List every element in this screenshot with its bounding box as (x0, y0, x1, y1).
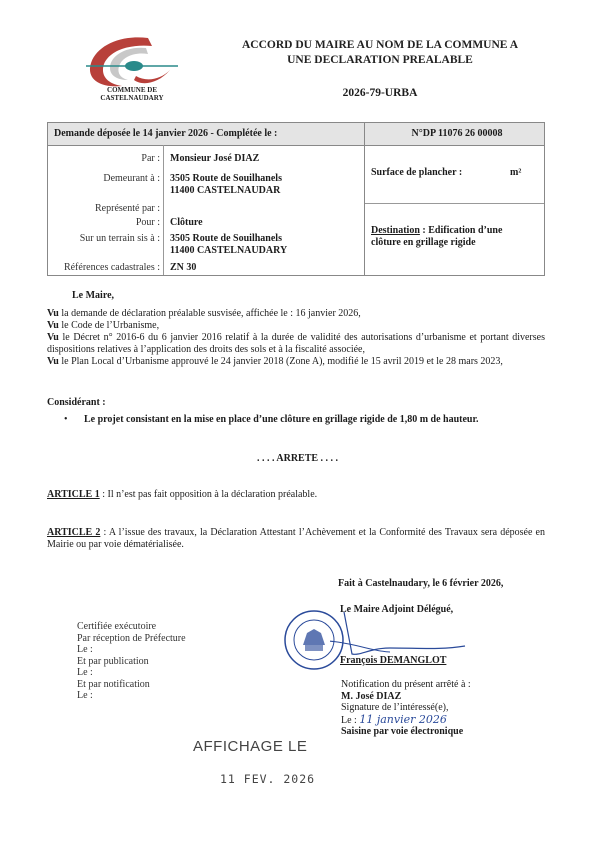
reference-number: 2026-79-URBA (200, 87, 560, 99)
vu-list: Vu la demande de déclaration préalable s… (47, 308, 545, 368)
value-address-line2: 11400 CASTELNAUDAR (170, 185, 280, 197)
arrete-heading: . . . . ARRETE . . . . (0, 453, 595, 465)
vu-item: Vu le Plan Local d’Urbanisme approuvé le… (47, 356, 545, 368)
divider (364, 123, 365, 275)
label-par: Par : (141, 153, 160, 164)
notification-line: Notification du présent arrêté à : (341, 679, 471, 691)
divider (163, 145, 164, 275)
cert-line: Le : (77, 690, 186, 702)
label-represente: Représenté par : (95, 203, 160, 214)
cert-line: Et par notification (77, 679, 186, 691)
title-line-2: UNE DECLARATION PREALABLE (200, 53, 560, 68)
handwritten-date: 11 janvier 2026 (359, 713, 447, 726)
value-terrain-line1: 3505 Route de Souilhanels (170, 233, 282, 245)
certification-block: Certifiée exécutoire Par réception de Pr… (77, 621, 186, 702)
article-1-label: ARTICLE 1 (47, 489, 100, 500)
vu-item: Vu le Code de l’Urbanisme, (47, 320, 545, 332)
destination-text-1: : Edification d’une (420, 225, 503, 236)
submission-date: Demande déposée le 14 janvier 2026 - Com… (54, 128, 277, 139)
surface-unit: m² (510, 167, 521, 179)
considerant-item: Le projet consistant en la mise en place… (84, 414, 479, 426)
label-pour: Pour : (136, 217, 160, 228)
table-header: Demande déposée le 14 janvier 2026 - Com… (48, 123, 544, 146)
value-address-line1: 3505 Route de Souilhanels (170, 173, 282, 185)
article-1: ARTICLE 1 : Il n’est pas fait opposition… (47, 489, 545, 501)
article-2-text: : A l’issue des travaux, la Déclaration … (47, 527, 545, 550)
fait-a: Fait à Castelnaudary, le 6 février 2026, (338, 578, 503, 590)
surface-label: Surface de plancher : (371, 167, 462, 179)
destination-text-2: clôture en grillage rigide (371, 237, 476, 248)
logo-line-1: COMMUNE DE (72, 86, 192, 94)
label-demeurant: Demeurant à : (103, 173, 160, 184)
considerant-label: Considérant : (47, 397, 106, 409)
signatory-name: François DEMANGLOT (340, 655, 446, 667)
divider (365, 203, 544, 204)
cert-line: Le : (77, 644, 186, 656)
value-applicant: Monsieur José DIAZ (170, 153, 259, 165)
value-purpose: Clôture (170, 217, 203, 229)
article-1-text: : Il n’est pas fait opposition à la décl… (100, 489, 317, 500)
cert-line: Le : (77, 667, 186, 679)
notification-date-line: Le : 11 janvier 2026 (341, 714, 471, 727)
article-2: ARTICLE 2 : A l’issue des travaux, la Dé… (47, 527, 545, 551)
logo-caption: COMMUNE DE CASTELNAUDARY (72, 86, 192, 102)
destination-label: Destination (371, 225, 420, 236)
notification-line: Saisine par voie électronique (341, 726, 471, 738)
request-table: Demande déposée le 14 janvier 2026 - Com… (47, 122, 545, 276)
title-line-1: ACCORD DU MAIRE AU NOM DE LA COMMUNE A (200, 38, 560, 53)
label-cadastre: Références cadastrales : (64, 262, 160, 273)
notification-recipient: M. José DIAZ (341, 691, 471, 703)
display-stamp-title: AFFICHAGE LE (193, 738, 307, 755)
vu-item: Vu le Décret n° 2016-6 du 6 janvier 2016… (47, 332, 545, 356)
value-cadastre: ZN 30 (170, 262, 196, 274)
document-title: ACCORD DU MAIRE AU NOM DE LA COMMUNE A U… (200, 38, 560, 68)
cert-line: Et par publication (77, 656, 186, 668)
article-2-label: ARTICLE 2 (47, 527, 100, 538)
vu-item: Vu la demande de déclaration préalable s… (47, 308, 545, 320)
notification-block: Notification du présent arrêté à : M. Jo… (341, 679, 471, 738)
display-stamp-date: 11 FEV. 2026 (220, 772, 315, 786)
cert-line: Par réception de Préfecture (77, 633, 186, 645)
destination: Destination : Edification d’une clôture … (371, 225, 539, 249)
dp-number: N°DP 11076 26 00008 (370, 128, 544, 139)
value-terrain-line2: 11400 CASTELNAUDARY (170, 245, 287, 257)
label-terrain: Sur un terrain sis à : (80, 233, 160, 244)
bullet-icon: • (64, 414, 68, 426)
le-maire: Le Maire, (72, 290, 114, 302)
cert-line: Certifiée exécutoire (77, 621, 186, 633)
logo-line-2: CASTELNAUDARY (72, 94, 192, 102)
